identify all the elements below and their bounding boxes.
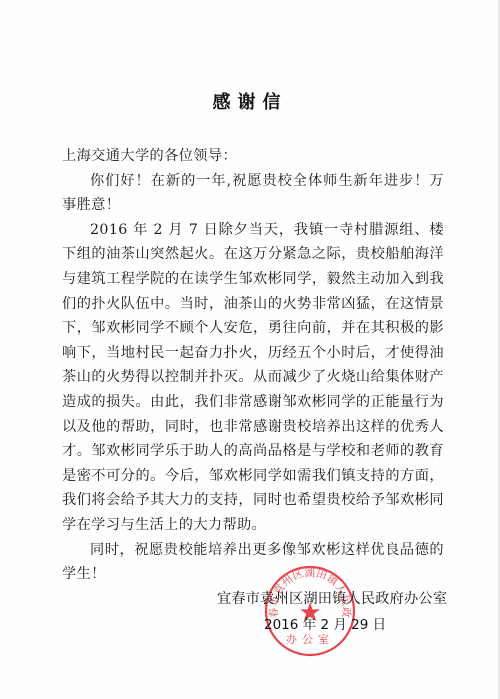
signature: 宜春市袁州区湖田镇人民政府办公室	[217, 588, 447, 608]
salutation: 上海交通大学的各位领导：	[62, 144, 444, 169]
closing-paragraph: 同时，祝愿贵校能培养出更多像邹欢彬这样优良品德的学生！	[62, 538, 444, 587]
greeting-paragraph: 你们好！在新的一年,祝愿贵校全体师生新年进步！万事胜意！	[62, 169, 444, 218]
seal-bottom-text: 办公室	[286, 632, 334, 646]
main-paragraph: 2016 年 2 月 7 日除夕当天，我镇一寺村腊源组、楼下组的油茶山突然起火。…	[62, 218, 444, 538]
letter-date: 2016 年 2 月 29 日	[264, 613, 386, 633]
letter-title: 感谢信	[0, 88, 500, 114]
official-seal-icon: 宜春市袁州区湖田镇人民政府 ★ 办公室	[264, 565, 356, 657]
letter-body: 上海交通大学的各位领导： 你们好！在新的一年,祝愿贵校全体师生新年进步！万事胜意…	[62, 144, 444, 587]
letter-page: 感谢信 上海交通大学的各位领导： 你们好！在新的一年,祝愿贵校全体师生新年进步！…	[0, 0, 500, 699]
